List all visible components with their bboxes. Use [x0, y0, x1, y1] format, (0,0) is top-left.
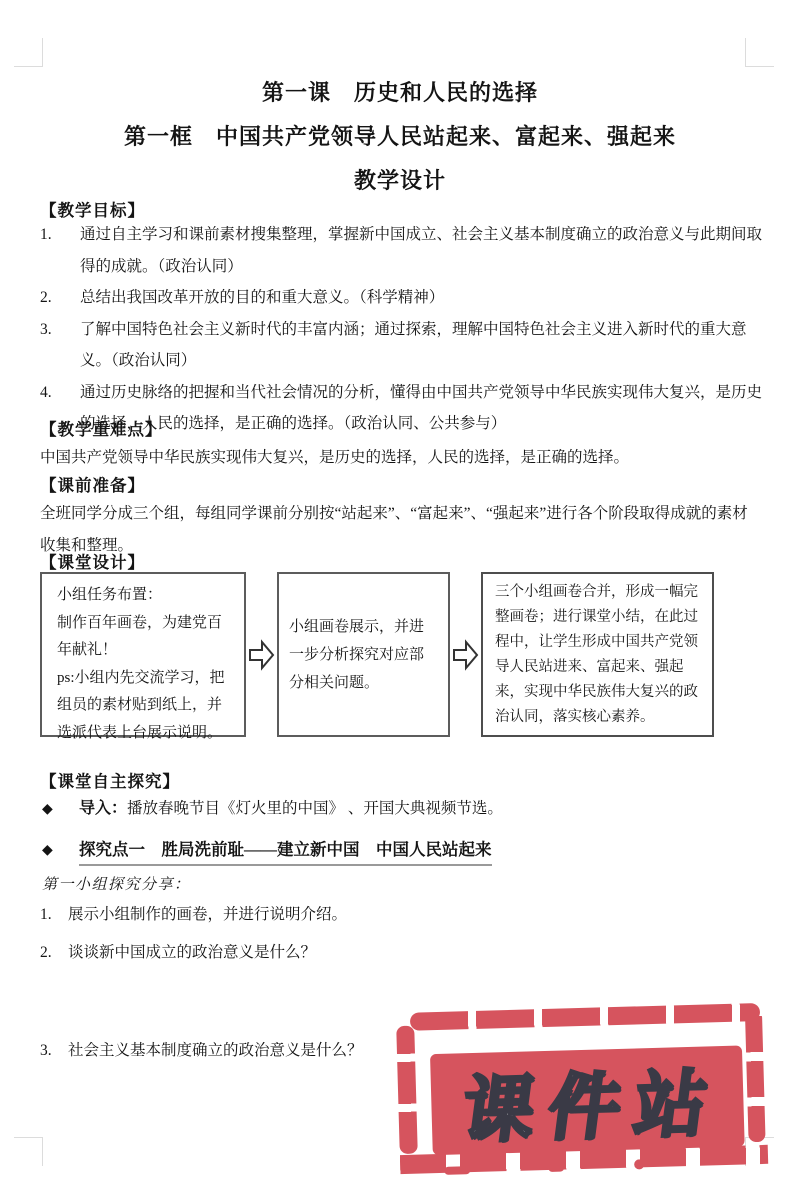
key-points-text: 中国共产党领导中华民族实现伟大复兴，是历史的选择，人民的选择，是正确的选择。 — [40, 442, 763, 474]
objective-item: 3. 了解中国特色社会主义新时代的丰富内涵；通过探索，理解中国特色社会主义进入新… — [40, 314, 763, 377]
stamp-speck — [634, 1159, 644, 1169]
question-number: 2. — [40, 943, 68, 963]
margin-corner-mark-top-left — [14, 38, 43, 67]
question-number: 1. — [40, 905, 68, 925]
document-page: 第一课 历史和人民的选择 第一框 中国共产党领导人民站起来、富起来、强起来 教学… — [0, 0, 800, 1200]
lesson-title: 第一课 历史和人民的选择 — [0, 76, 800, 107]
design-flow-box-2: 小组画卷展示，并进一步分析探究对应部分相关问题。 — [277, 572, 450, 737]
margin-corner-mark-bottom-left — [14, 1137, 43, 1166]
objective-text: 总结出我国改革开放的目的和重大意义。（科学精神） — [80, 282, 763, 314]
objective-text: 通过历史脉络的把握和当代社会情况的分析，懂得由中国共产党领导中华民族实现伟大复兴… — [80, 377, 763, 440]
preparation-text: 全班同学分成三个组，每组同学课前分别按“站起来”、“富起来”、“强起来”进行各个… — [40, 498, 763, 561]
stamp-text: 课件站 — [447, 1044, 728, 1156]
heading-objectives: 【教学目标】 — [40, 197, 145, 221]
objective-item: 1. 通过自主学习和课前素材搜集整理，掌握新中国成立、社会主义基本制度确立的政治… — [40, 219, 763, 282]
question-text: 谈谈新中国成立的政治意义是什么？ — [68, 943, 316, 963]
objective-text: 了解中国特色社会主义新时代的丰富内涵；通过探索，理解中国特色社会主义进入新时代的… — [80, 314, 763, 377]
design-box-text: 三个小组画卷合并，形成一幅完整画卷；进行课堂小结，在此过程中，让学生形成中国共产… — [495, 580, 700, 730]
objective-number: 3. — [40, 314, 80, 377]
question-item: 1. 展示小组制作的画卷，并进行说明介绍。 — [40, 905, 740, 925]
design-box-text: 小组画卷展示，并进一步分析探究对应部分相关问题。 — [289, 613, 438, 697]
question-text: 展示小组制作的画卷，并进行说明介绍。 — [68, 905, 347, 925]
stamp-border-left — [396, 1026, 418, 1154]
design-flow-box-1: 小组任务布置： 制作百年画卷，为建党百年献礼！ ps:小组内先交流学习，把组员的… — [40, 572, 246, 737]
design-flow-box-3: 三个小组画卷合并，形成一幅完整画卷；进行课堂小结，在此过程中，让学生形成中国共产… — [481, 572, 714, 737]
heading-inquiry: 【课堂自主探究】 — [40, 768, 180, 792]
margin-corner-mark-top-right — [745, 38, 774, 67]
group-share-label: 第一小组探究分享： — [42, 873, 191, 894]
heading-key-points: 【教学重难点】 — [40, 416, 163, 440]
heading-class-design: 【课堂设计】 — [40, 549, 145, 573]
question-number: 3. — [40, 1041, 68, 1061]
inquiry-point-row: ◆ 探究点一 胜局洗前耻——建立新中国 中国人民站起来 — [42, 840, 764, 866]
objectives-list: 1. 通过自主学习和课前素材搜集整理，掌握新中国成立、社会主义基本制度确立的政治… — [40, 219, 763, 440]
stamp-speck — [548, 1163, 564, 1172]
doc-subtitle: 教学设计 — [0, 164, 800, 195]
diamond-bullet-icon: ◆ — [42, 799, 79, 819]
intro-row: ◆ 导入：播放春晚节目《灯火里的中国》 、开国大典视频节选。 — [42, 799, 764, 819]
stamp-border-top — [410, 1003, 760, 1031]
flow-right-arrow-icon — [452, 639, 479, 676]
stamp-speck — [444, 1166, 470, 1175]
stamp-border-right — [745, 1010, 766, 1142]
frame-title: 第一框 中国共产党领导人民站起来、富起来、强起来 — [0, 120, 800, 151]
design-box-text: 小组任务布置： 制作百年画卷，为建党百年献礼！ ps:小组内先交流学习，把组员的… — [57, 582, 229, 747]
flow-right-arrow-icon — [248, 639, 275, 676]
objective-number: 2. — [40, 282, 80, 314]
intro-text: 播放春晚节目《灯火里的中国》 、开国大典视频节选。 — [127, 800, 503, 817]
stamp-watermark: 课件站 — [394, 1000, 768, 1175]
objective-text: 通过自主学习和课前素材搜集整理，掌握新中国成立、社会主义基本制度确立的政治意义与… — [80, 219, 763, 282]
objective-number: 1. — [40, 219, 80, 282]
question-text: 社会主义基本制度确立的政治意义是什么？ — [68, 1041, 363, 1061]
intro-label: 导入： — [79, 800, 127, 817]
objective-item: 2. 总结出我国改革开放的目的和重大意义。（科学精神） — [40, 282, 763, 314]
question-item: 2. 谈谈新中国成立的政治意义是什么？ — [40, 943, 740, 963]
intro-line: 导入：播放春晚节目《灯火里的中国》 、开国大典视频节选。 — [79, 799, 503, 819]
diamond-bullet-icon: ◆ — [42, 840, 79, 866]
inquiry-point-title: 探究点一 胜局洗前耻——建立新中国 中国人民站起来 — [79, 840, 492, 866]
heading-preparation: 【课前准备】 — [40, 472, 145, 496]
stamp-inner-plate: 课件站 — [430, 1045, 745, 1155]
